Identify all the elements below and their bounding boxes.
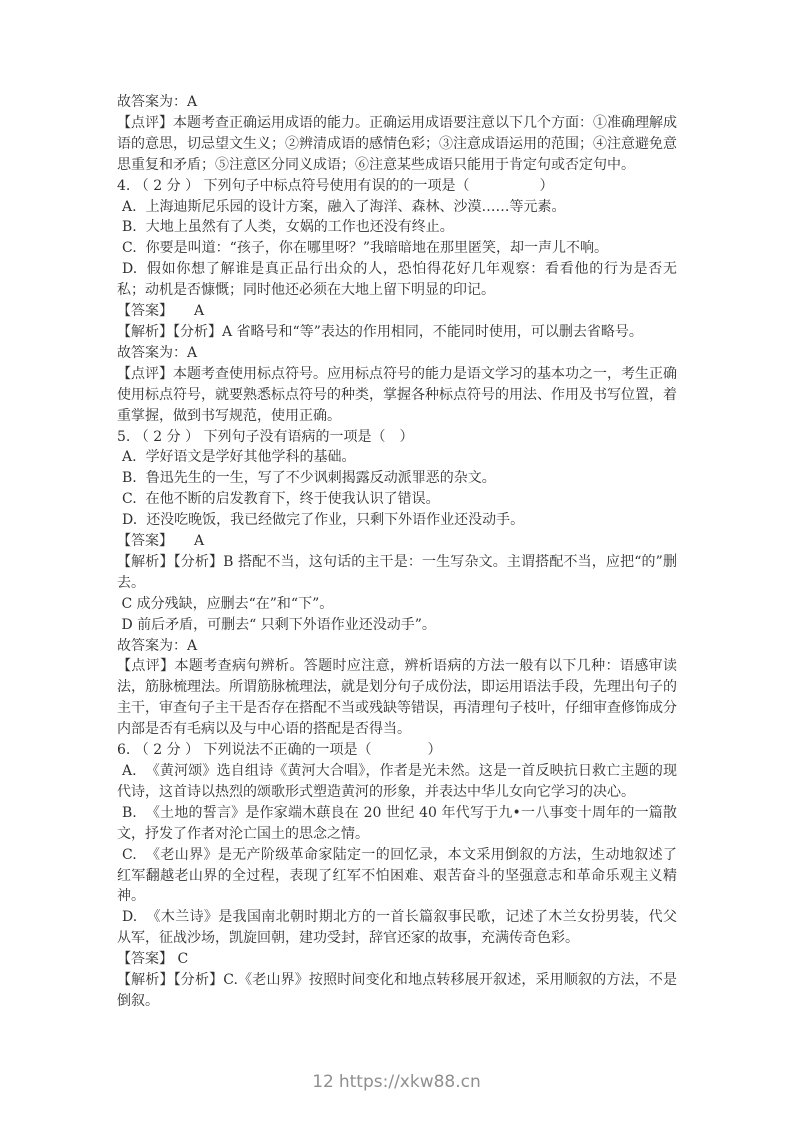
option-line: C.《老山界》是无产阶级革命家陆定一的回忆录，本文采用倒叙的方法，生动地叙述了红… [117,845,677,908]
option-line: D.《木兰诗》是我国南北朝时期北方的一首长篇叙事民歌，记述了木兰女扮男装，代父从… [117,907,677,949]
option-line: A.学好语文是学好其他学科的基础。 [117,447,677,468]
page-number: 12 [312,1072,334,1092]
option-line: A.上海迪斯尼乐园的设计方案，融入了海洋、森林、沙漠……等元素。 [117,197,677,218]
option-line: A.《黄河颂》选自组诗《黄河大合唱》，作者是光未然。这是一首反映抗日救亡主题的现… [117,761,677,803]
question-line: 5. （ 2 分 ） 下列句子没有语病的一项是（ ） [117,427,677,448]
option-label: D. [122,909,137,925]
answer-line: 【答案】 C [117,949,677,970]
option-text: 大地上虽然有了人类，女娲的工作也还没有终止。 [146,219,454,235]
option-text: 上海迪斯尼乐园的设计方案，融入了海洋、森林、沙漠……等元素。 [146,199,566,215]
option-label: C. [122,491,137,507]
option-text: 还没吃晚饭，我已经做完了作业，只剩下外语作业还没动手。 [146,512,524,528]
option-text: 假如你想了解谁是真正品行出众的人，恐怕得花好几年观察：看看他的行为是否无私；动机… [117,261,677,298]
paragraph: 故答案为：A [117,92,677,113]
option-label: C. [122,847,137,863]
option-text: 学好语文是学好其他学科的基础。 [146,449,356,465]
paragraph: C 成分残缺，应删去“在”和“下”。 [117,594,677,615]
option-text: 鲁迅先生的一生，写了不少讽刺揭露反动派罪恶的杂文。 [146,470,496,486]
option-label: B. [122,470,137,486]
document-page: 故答案为：A【点评】本题考查正确运用成语的能力。正确运用成语要注意以下几个方面：… [0,0,793,1122]
option-label: B. [122,219,137,235]
option-text: 在他不断的启发教育下，终于使我认识了错误。 [146,491,440,507]
paragraph: D 前后矛盾，可删去“ 只剩下外语作业还没动手”。 [117,615,677,636]
option-label: A. [122,449,137,465]
paragraph: 【解析】【分析】A 省略号和“等”表达的作用相同，不能同时使用，可以删去省略号。 [117,322,677,343]
exam-document-body: 故答案为：A【点评】本题考查正确运用成语的能力。正确运用成语要注意以下几个方面：… [117,92,677,1012]
option-line: D.还没吃晚饭，我已经做完了作业，只剩下外语作业还没动手。 [117,510,677,531]
answer-line: 【答案】 A [117,301,677,322]
option-text: 《土地的誓言》是作家端木蕻良在 20 世纪 40 年代写于九•一八事变十周年的一… [117,805,677,842]
paragraph: 【解析】【分析】B 搭配不当，这句话的主干是：一生写杂文。主谓搭配不当，应把“的… [117,552,677,594]
option-text: 《黄河颂》选自组诗《黄河大合唱》，作者是光未然。这是一首反映抗日救亡主题的现代诗… [117,763,677,800]
option-line: B.鲁迅先生的一生，写了不少讽刺揭露反动派罪恶的杂文。 [117,468,677,489]
paragraph: 【点评】本题考查正确运用成语的能力。正确运用成语要注意以下几个方面：①准确理解成… [117,113,677,176]
paragraph: 故答案为：A [117,636,677,657]
option-line: B.大地上虽然有了人类，女娲的工作也还没有终止。 [117,217,677,238]
answer-line: 【答案】 A [117,531,677,552]
question-line: 6. （ 2 分 ） 下列说法不正确的一项是（ ） [117,740,677,761]
option-text: 《木兰诗》是我国南北朝时期北方的一首长篇叙事民歌，记述了木兰女扮男装，代父从军，… [117,909,677,946]
paragraph: 故答案为：A [117,343,677,364]
option-line: D.假如你想了解谁是真正品行出众的人，恐怕得花好几年观察：看看他的行为是否无私；… [117,259,677,301]
option-label: B. [122,805,137,821]
option-line: C.你要是叫道：“孩子，你在哪里呀？”我暗暗地在那里匿笑，却一声儿不响。 [117,238,677,259]
option-label: A. [122,199,137,215]
option-line: B.《土地的誓言》是作家端木蕻良在 20 世纪 40 年代写于九•一八事变十周年… [117,803,677,845]
option-label: A. [122,763,137,779]
page-footer: 12https://xkw88.cn [0,1072,793,1092]
option-label: C. [122,240,137,256]
option-label: D. [122,261,137,277]
option-text: 《老山界》是无产阶级革命家陆定一的回忆录，本文采用倒叙的方法，生动地叙述了红军翻… [117,847,677,905]
paragraph: 【点评】本题考查使用标点符号。应用标点符号的能力是语文学习的基本功之一，考生正确… [117,364,677,427]
paragraph: 【解析】【分析】C.《老山界》按照时间变化和地点转移展开叙述，采用顺叙的方法，不… [117,970,677,1012]
option-label: D. [122,512,137,528]
site-url: https://xkw88.cn [339,1072,481,1092]
option-line: C.在他不断的启发教育下，终于使我认识了错误。 [117,489,677,510]
question-line: 4. （ 2 分 ） 下列句子中标点符号使用有误的的一项是（ ） [117,176,677,197]
option-text: 你要是叫道：“孩子，你在哪里呀？”我暗暗地在那里匿笑，却一声儿不响。 [146,240,608,256]
paragraph: 【点评】本题考查病句辨析。答题时应注意，辨析语病的方法一般有以下几种：语感审读法… [117,656,677,740]
